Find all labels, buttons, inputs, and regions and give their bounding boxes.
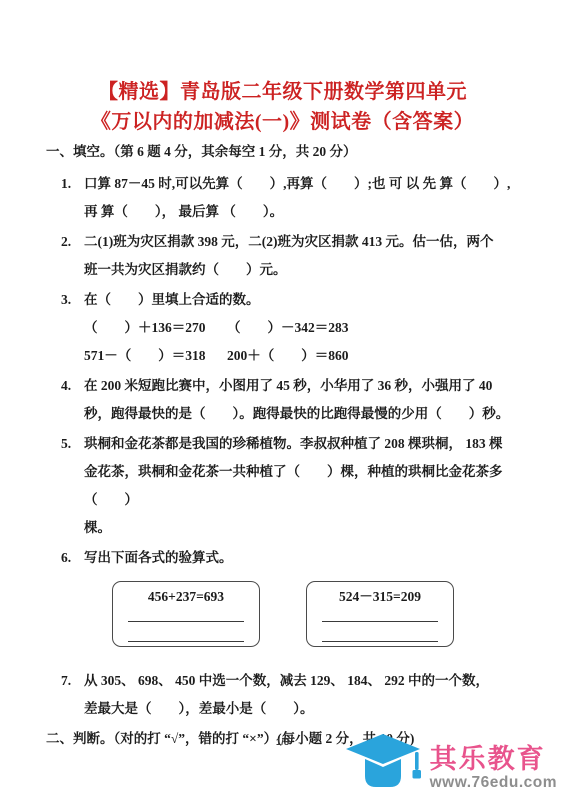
answer-blank-line [322,605,438,622]
question-7: 7. 从 305、 698、 450 中选一个数，减去 129、 184、 29… [40,667,530,723]
brand-name: 其乐教育 [430,745,557,773]
question-4: 4. 在 200 米短跑比赛中，小图用了 45 秒，小华用了 36 秒，小强用了… [40,372,530,428]
test-paper-page: 【精选】青岛版二年级下册数学第四单元 《万以内的加减法(一)》测试卷（含答案） … [0,0,565,800]
verification-boxes: 456+237=693 524－315=209 [112,581,530,647]
equation-2: （ ）－342＝283 [227,314,349,342]
question-5-number: 5. [61,430,71,458]
site-logo: 其乐教育 www.76edu.com [345,733,557,797]
question-1: 1. 口算 87－45 时,可以先算（ ）,再算（ ）;也 可 以 先 算（ ）… [40,170,530,226]
logo-text: 其乐教育 www.76edu.com [430,745,557,793]
question-2-number: 2. [61,228,71,256]
verification-box-1-equation: 456+237=693 [113,589,259,605]
title-line-2: 《万以内的加减法(一)》测试卷（含答案） [0,107,565,137]
question-1-text: 口算 87－45 时,可以先算（ ）,再算（ ）;也 可 以 先 算（ ）, 再… [84,176,510,219]
answer-blank-line [322,622,438,642]
question-6-number: 6. [61,544,71,572]
question-2: 2. 二(1)班为灾区捐款 398 元，二(2)班为灾区捐款 413 元。估一估… [40,228,530,284]
answer-blank-line [128,622,244,642]
brand-url: www.76edu.com [430,773,557,793]
question-3-number: 3. [61,286,71,314]
equation-row: 571－（ ）＝318 200＋（ ）＝860 [84,342,530,370]
question-5-text: 珙桐和金花茶都是我国的珍稀植物。李叔叔种植了 208 棵珙桐， 183 棵 金花… [84,436,503,535]
question-6: 6. 写出下面各式的验算式。 456+237=693 524－315=209 [40,544,530,647]
title-line-1: 【精选】青岛版二年级下册数学第四单元 [0,77,565,107]
question-7-number: 7. [61,667,71,695]
question-2-text: 二(1)班为灾区捐款 398 元，二(2)班为灾区捐款 413 元。估一估，两个… [84,234,493,277]
question-7-text: 从 305、 698、 450 中选一个数，减去 129、 184、 292 中… [84,673,489,716]
question-1-number: 1. [61,170,71,198]
question-3-equations: （ ）＋136＝270 （ ）－342＝283 571－（ ）＝318 200＋… [84,314,530,370]
verification-box-2: 524－315=209 [306,581,454,647]
section-1-heading: 一、填空。（第 6 题 4 分，其余每空 1 分，共 20 分） [40,138,530,166]
equation-3: 571－（ ）＝318 [84,342,227,370]
question-6-text: 写出下面各式的验算式。 [84,550,233,565]
verification-box-2-equation: 524－315=209 [307,589,453,605]
question-5: 5. 珙桐和金花茶都是我国的珍稀植物。李叔叔种植了 208 棵珙桐， 183 棵… [40,430,530,542]
question-3: 3. 在（ ）里填上合适的数。 （ ）＋136＝270 （ ）－342＝283 … [40,286,530,370]
graduation-cap-icon [345,733,423,797]
equation-row: （ ）＋136＝270 （ ）－342＝283 [84,314,530,342]
page-title: 【精选】青岛版二年级下册数学第四单元 《万以内的加减法(一)》测试卷（含答案） [0,77,565,137]
equation-1: （ ）＋136＝270 [84,314,227,342]
verification-box-1: 456+237=693 [112,581,260,647]
question-4-number: 4. [61,372,71,400]
question-3-text: 在（ ）里填上合适的数。 [84,292,260,307]
equation-4: 200＋（ ）＝860 [227,342,349,370]
paper-body: 一、填空。（第 6 题 4 分，其余每空 1 分，共 20 分） 1. 口算 8… [40,138,530,757]
question-4-text: 在 200 米短跑比赛中，小图用了 45 秒，小华用了 36 秒，小强用了 40… [84,378,509,421]
answer-blank-line [128,605,244,622]
